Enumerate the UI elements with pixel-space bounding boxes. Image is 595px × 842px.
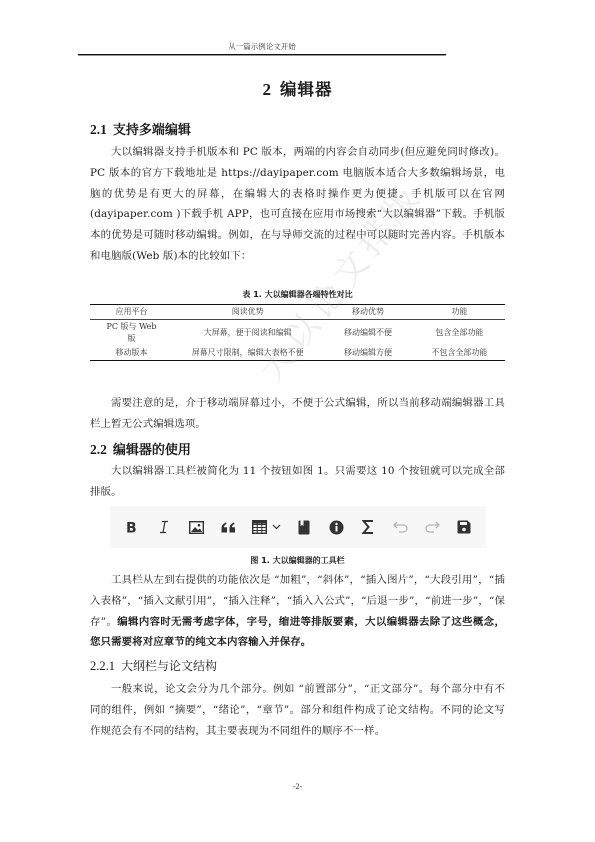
emphasis-text: 编辑内容时无需考虑字体，字号，缩进等排版要素，大以编辑器去除了这些概念，您只需要… bbox=[90, 616, 505, 649]
insert-note-button[interactable] bbox=[325, 516, 347, 538]
table-cell: 屏幕尺寸限制，编辑大表格不便 bbox=[173, 346, 322, 361]
chevron-down-icon[interactable] bbox=[272, 524, 281, 530]
redo-button[interactable] bbox=[421, 516, 443, 538]
bold-icon: B bbox=[125, 520, 139, 534]
header-rule bbox=[78, 54, 446, 55]
running-header: 从一篇示例论文开始 bbox=[78, 41, 446, 52]
bold-button[interactable]: B bbox=[121, 516, 143, 538]
table-cell: 移动编辑不便 bbox=[322, 320, 413, 347]
table-header-row: 应用平台 阅读优势 移动优势 功能 bbox=[90, 305, 505, 320]
chapter-title-text: 编辑器 bbox=[280, 80, 333, 99]
image-icon bbox=[189, 521, 204, 534]
editor-toolbar-figure: B bbox=[110, 506, 486, 548]
insert-citation-button[interactable] bbox=[293, 516, 315, 538]
table-cell: 移动编辑方便 bbox=[322, 346, 413, 361]
table-header-cell: 移动优势 bbox=[322, 305, 413, 320]
paragraph-outline-structure: 一般来说，论文会分为几个部分。例如 “前置部分”，“正文部分”。每个部分中有不同… bbox=[90, 679, 505, 741]
italic-icon bbox=[157, 520, 171, 534]
insert-image-button[interactable] bbox=[185, 516, 207, 538]
insert-table-button[interactable] bbox=[249, 516, 283, 538]
save-button[interactable] bbox=[453, 516, 475, 538]
paragraph-toolbar-functions: 工具栏从左到右提供的功能依次是 “加粗”，“斜体”，“插入图片”，“大段引用”，… bbox=[90, 570, 505, 653]
table-header-cell: 阅读优势 bbox=[173, 305, 322, 320]
table-row: 移动版本 屏幕尺寸限制，编辑大表格不便 移动编辑方便 不包含全部功能 bbox=[90, 346, 505, 361]
figure-caption: 图 1. 大以编辑器的工具栏 bbox=[0, 555, 595, 566]
paragraph-toolbar-intro: 大以编辑器工具栏被简化为 11 个按钮如图 1。只需要这 10 个按钮就可以完成… bbox=[90, 461, 505, 503]
document-page: 从一篇示例论文开始 2编辑器 2.1支持多端编辑 大以编辑器支持手机版本和 PC… bbox=[0, 0, 595, 842]
section-number: 2.2 bbox=[90, 442, 107, 457]
chapter-title: 2编辑器 bbox=[0, 76, 595, 100]
info-icon bbox=[329, 520, 344, 535]
table-header-cell: 功能 bbox=[414, 305, 505, 320]
bookmark-icon bbox=[298, 520, 310, 535]
undo-icon bbox=[393, 521, 408, 533]
quote-icon bbox=[221, 522, 236, 533]
section-title: 支持多端编辑 bbox=[113, 123, 191, 138]
table-cell: 不包含全部功能 bbox=[414, 346, 505, 361]
redo-icon bbox=[425, 521, 440, 533]
table-cell: PC 版与 Web 版 bbox=[90, 320, 173, 347]
paragraph-multi-platform: 大以编辑器支持手机版本和 PC 版本，两端的内容会自动同步(但应避免同时修改)。… bbox=[90, 142, 505, 267]
blockquote-button[interactable] bbox=[217, 516, 239, 538]
section-heading-2-2: 2.2编辑器的使用 bbox=[90, 439, 191, 458]
svg-text:B: B bbox=[126, 521, 137, 535]
insert-formula-button[interactable] bbox=[357, 516, 379, 538]
table-cell: 包含全部功能 bbox=[414, 320, 505, 347]
table-header-cell: 应用平台 bbox=[90, 305, 173, 320]
subsection-title: 大纲栏与论文结构 bbox=[121, 659, 217, 673]
page-number: -2- bbox=[0, 782, 595, 791]
table-caption: 表 1. 大以编辑器各端特性对比 bbox=[0, 289, 595, 300]
section-title: 编辑器的使用 bbox=[113, 443, 191, 458]
italic-button[interactable] bbox=[153, 516, 175, 538]
subsection-number: 2.2.1 bbox=[90, 659, 115, 673]
table-icon bbox=[252, 520, 267, 534]
table-cell: 移动版本 bbox=[90, 346, 173, 361]
subsection-heading-2-2-1: 2.2.1大纲栏与论文结构 bbox=[90, 657, 217, 674]
paragraph-mobile-note: 需要注意的是，介于移动端屏幕过小，不便于公式编辑，所以当前移动端编辑器工具栏上暂… bbox=[90, 393, 505, 435]
save-icon bbox=[457, 520, 471, 534]
undo-button[interactable] bbox=[389, 516, 411, 538]
sigma-icon bbox=[362, 520, 374, 534]
table-cell: 大屏幕，便于阅读和编辑 bbox=[173, 320, 322, 347]
section-heading-2-1: 2.1支持多端编辑 bbox=[90, 119, 191, 138]
table-row: PC 版与 Web 版 大屏幕，便于阅读和编辑 移动编辑不便 包含全部功能 bbox=[90, 320, 505, 347]
section-number: 2.1 bbox=[90, 122, 107, 137]
comparison-table: 应用平台 阅读优势 移动优势 功能 PC 版与 Web 版 大屏幕，便于阅读和编… bbox=[90, 304, 505, 361]
chapter-number: 2 bbox=[263, 80, 273, 99]
